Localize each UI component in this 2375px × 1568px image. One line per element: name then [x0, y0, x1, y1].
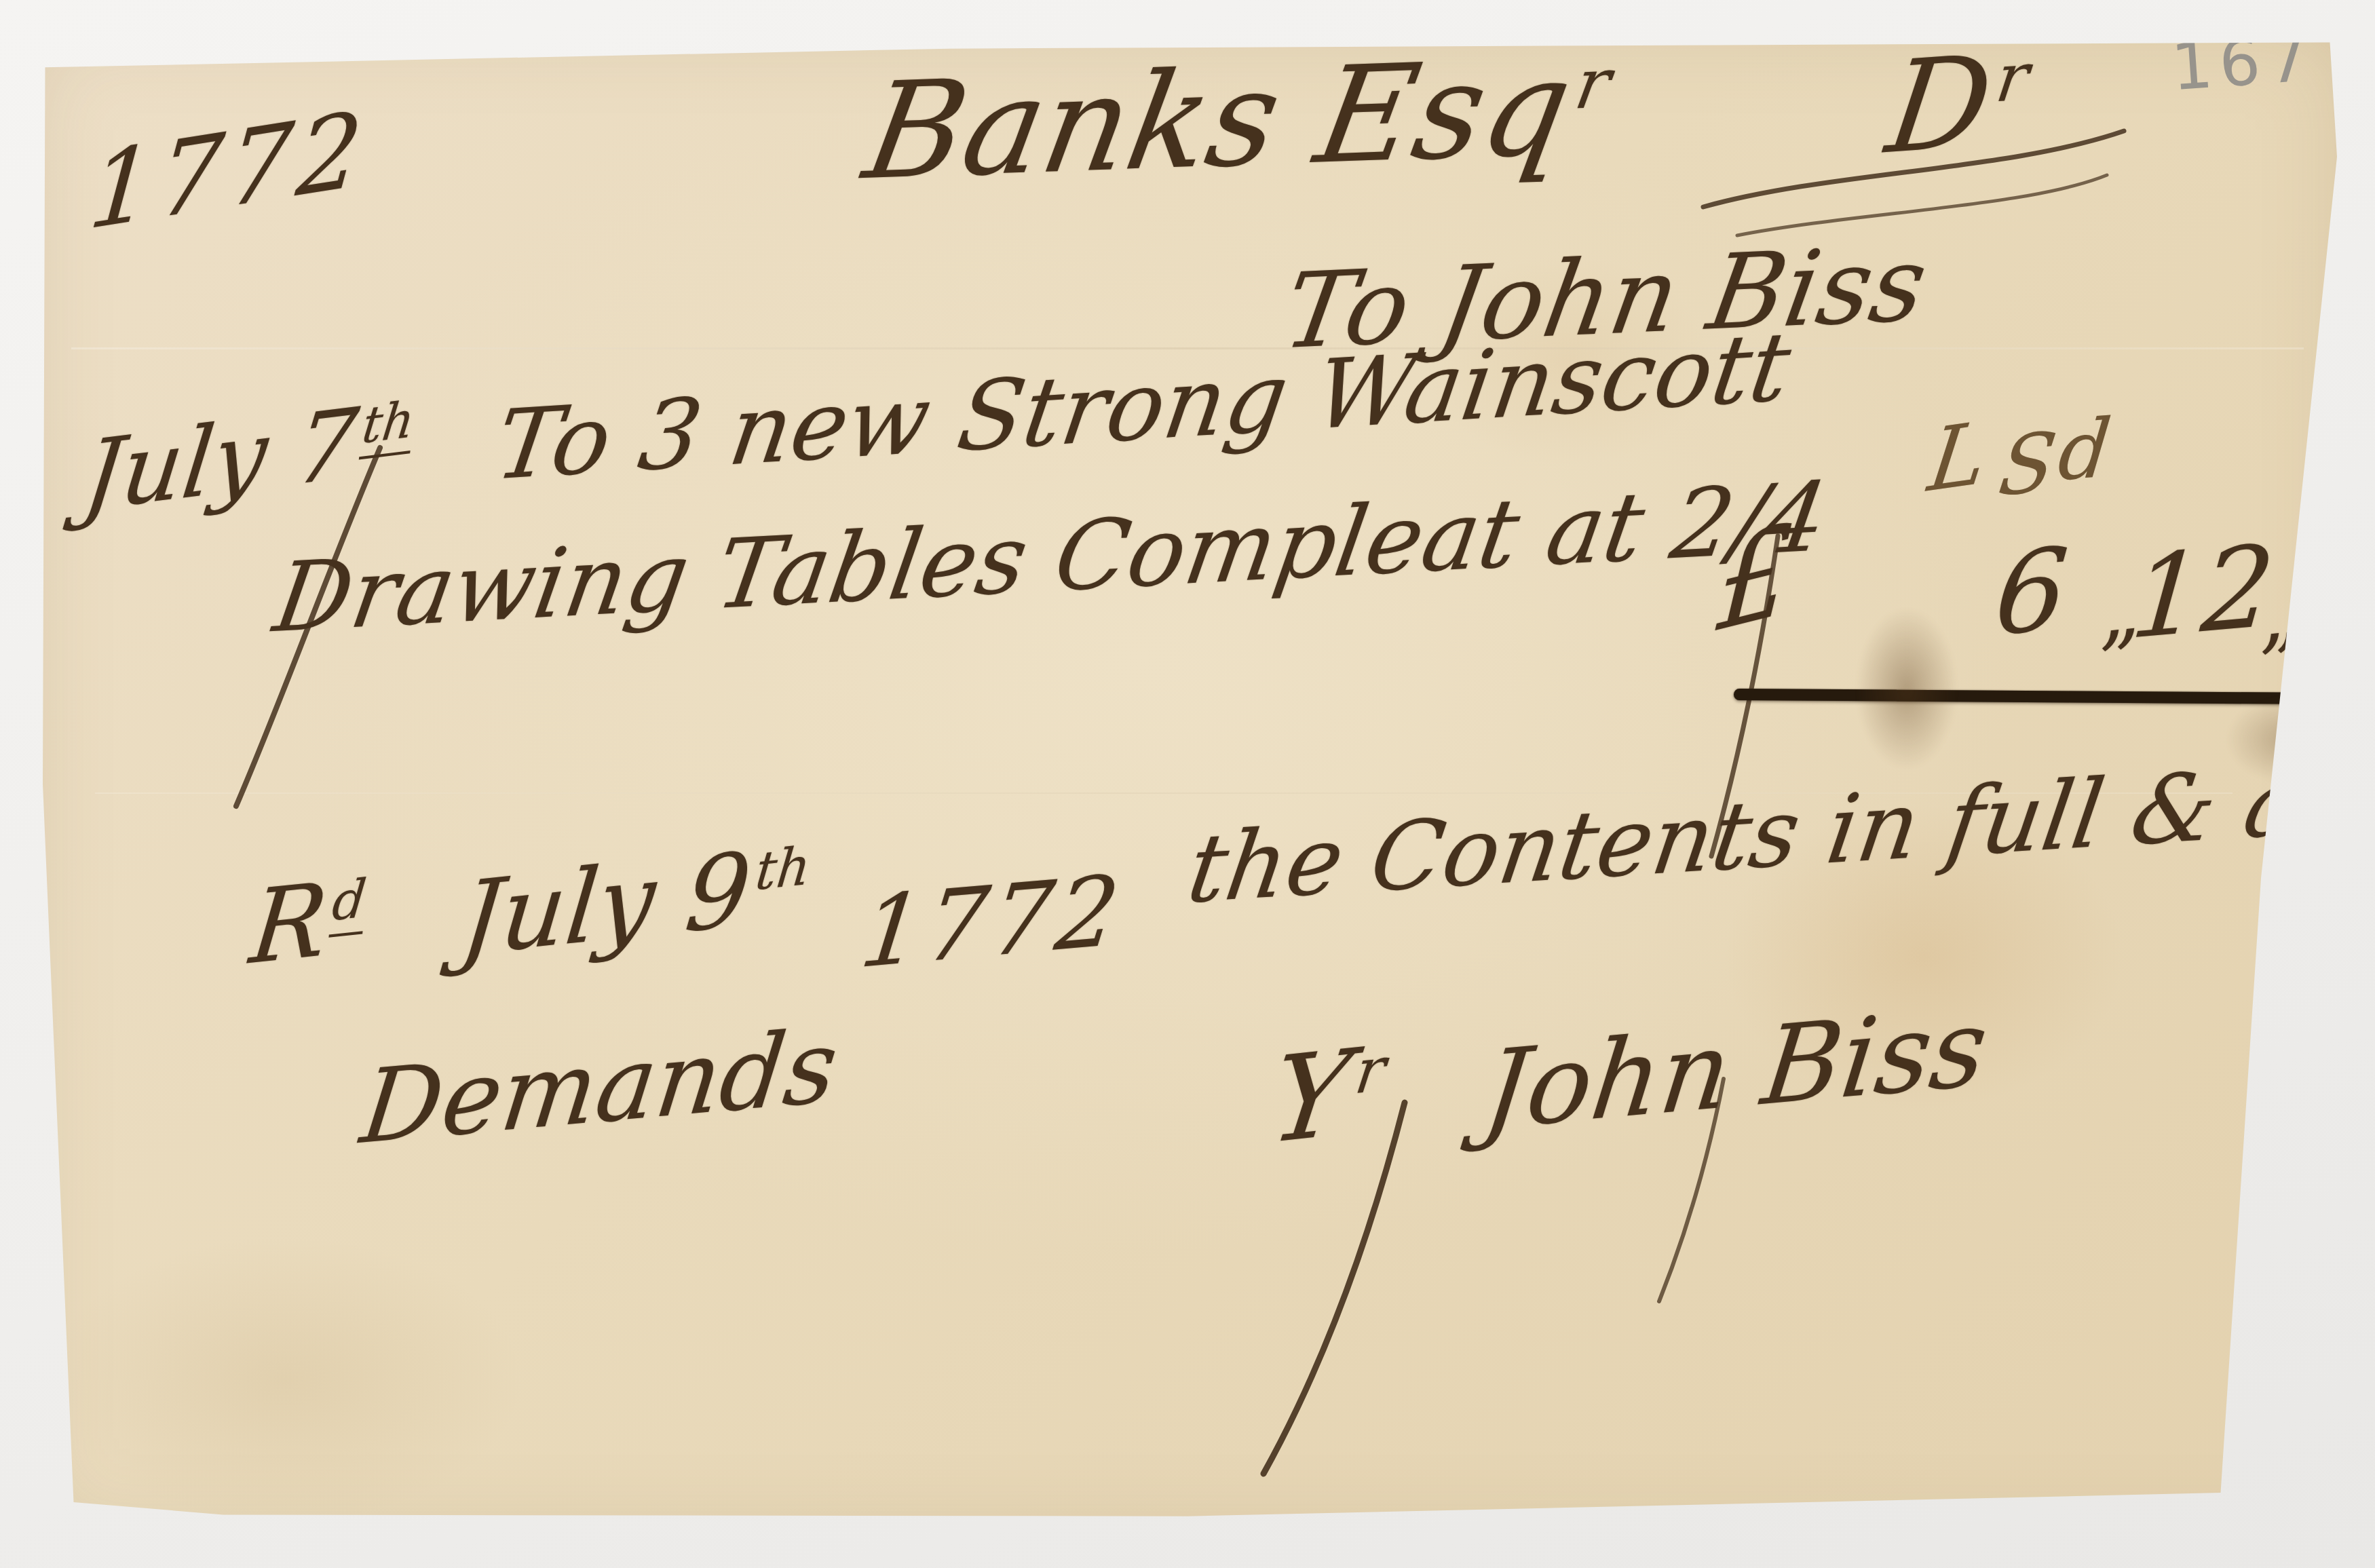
signature-prefix-superscript: r: [1351, 1033, 1390, 1109]
total-rule: [1734, 689, 2338, 704]
receipt-clause2: Demands: [356, 1007, 844, 1167]
amount-pounds: 6: [1990, 523, 2073, 661]
column-header-shillings: S: [1994, 414, 2061, 515]
pencil-archive-number: 167: [2169, 21, 2317, 105]
receipt-date-text: July 9: [456, 830, 757, 978]
column-header-pence: d: [2054, 401, 2115, 499]
column-header-pounds: L: [1923, 402, 1993, 512]
entry-date-text: July 7: [78, 387, 364, 534]
pound-sign-flourish: £: [1713, 497, 1797, 660]
entry-date-superscript: th: [358, 390, 417, 459]
receipt-year: 1772: [854, 854, 1128, 990]
signature-prefix: Yr: [1263, 1020, 1392, 1170]
ink-smudge: [1856, 607, 1958, 770]
receipt-date: July 9th: [456, 824, 815, 979]
paper-sheet: 167 1772 Banks Esqr Dr To John Biss July…: [0, 0, 2375, 1568]
signature-name: John Biss: [1477, 984, 1994, 1154]
debit-abbr-text: D: [1879, 27, 2000, 183]
received-abbr-text: R: [246, 860, 333, 987]
year-heading: 1772: [84, 88, 372, 253]
receipt-date-superscript: th: [753, 835, 814, 902]
ditto-mark-2: „: [2251, 566, 2303, 664]
receipt-clause: the Contents in full & all: [1181, 742, 2370, 924]
entry-date: July 7th: [78, 381, 419, 534]
debit-abbr-superscript: r: [1992, 39, 2034, 118]
signature-prefix-text: Y: [1263, 1023, 1359, 1170]
debit-abbreviation: Dr: [1879, 24, 2036, 183]
received-abbreviation: Rd: [246, 857, 370, 987]
debtor-name-text: Banks Esq: [855, 30, 1582, 210]
debtor-name: Banks Esqr: [855, 28, 1620, 209]
scanned-receipt: 167 1772 Banks Esqr Dr To John Biss July…: [0, 0, 2375, 1568]
received-abbr-superscript: d: [329, 868, 369, 938]
